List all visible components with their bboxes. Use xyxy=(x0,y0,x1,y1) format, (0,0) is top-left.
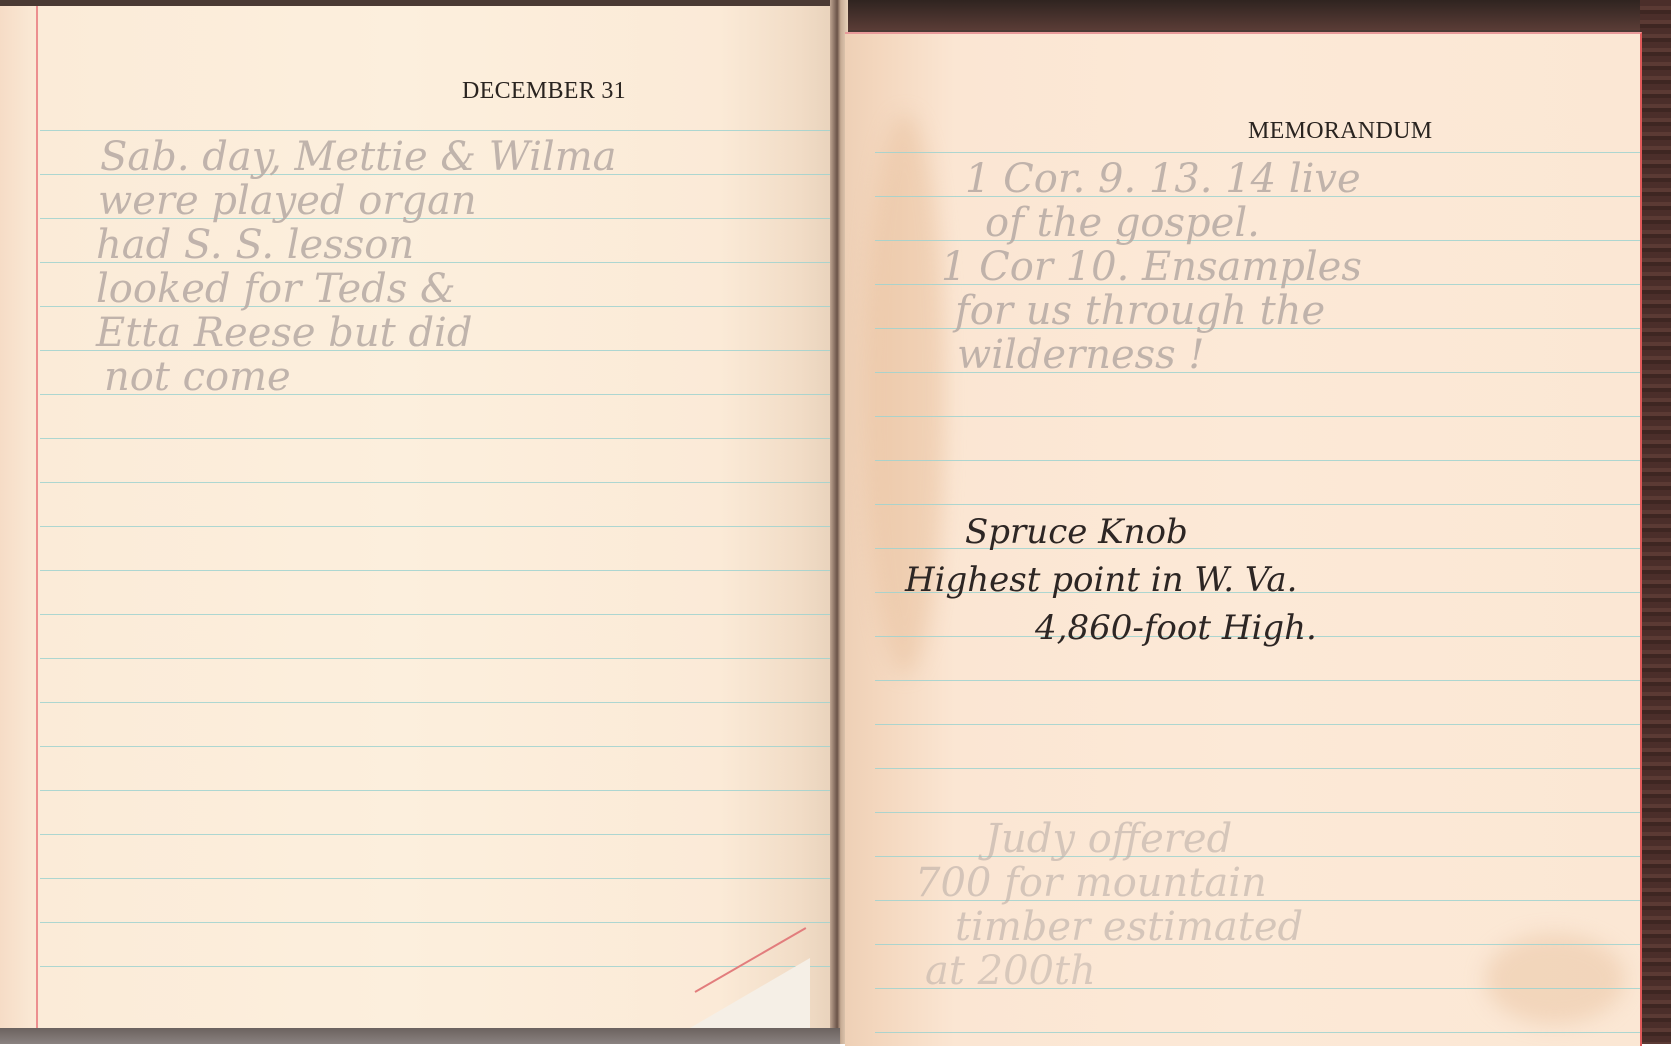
diary-scan: DECEMBER 31 Sab. day, Mettie & Wilma wer… xyxy=(0,0,1671,1044)
handwritten-line: not come xyxy=(104,354,291,400)
ruled-line xyxy=(40,834,835,835)
handwritten-ink-line: Highest point in W. Va. xyxy=(905,560,1297,600)
book-cover-bottom xyxy=(0,1028,840,1044)
handwritten-line: Judy offered xyxy=(985,816,1232,862)
handwritten-line: Sab. day, Mettie & Wilma xyxy=(100,134,617,180)
book-cover-edge xyxy=(1640,0,1671,1044)
ruled-line xyxy=(40,922,835,923)
ruled-line xyxy=(40,130,835,131)
handwritten-line: looked for Teds & xyxy=(96,266,456,312)
ruled-line xyxy=(40,526,835,527)
ruled-line xyxy=(875,416,1640,417)
ruled-line xyxy=(875,724,1640,725)
water-stain xyxy=(1485,934,1625,1024)
ruled-line xyxy=(875,680,1640,681)
ruled-line xyxy=(875,1032,1640,1033)
handwritten-line: at 200th xyxy=(925,948,1096,994)
right-page: MEMORANDUM 1 Cor. 9. 13. 14 live of the … xyxy=(845,32,1642,1046)
ruled-line xyxy=(40,702,835,703)
handwritten-line: had S. S. lesson xyxy=(96,222,414,268)
handwritten-line: were played organ xyxy=(98,178,477,224)
ruled-line xyxy=(40,878,835,879)
ruled-line xyxy=(40,746,835,747)
handwritten-line: of the gospel. xyxy=(985,200,1260,246)
ruled-line xyxy=(40,482,835,483)
handwritten-line: 1 Cor 10. Ensamples xyxy=(941,244,1362,290)
ruled-line xyxy=(875,812,1640,813)
handwritten-line: timber estimated xyxy=(955,904,1303,950)
ruled-line xyxy=(875,152,1640,153)
page-date-header: DECEMBER 31 xyxy=(462,78,626,105)
left-page: DECEMBER 31 Sab. day, Mettie & Wilma wer… xyxy=(0,6,835,1035)
ruled-line xyxy=(875,460,1640,461)
ruled-line xyxy=(40,438,835,439)
folded-page-corner xyxy=(690,958,810,1028)
handwritten-ink-line: 4,860-foot High. xyxy=(1035,608,1317,648)
ruled-line xyxy=(40,658,835,659)
ruled-line xyxy=(40,614,835,615)
ruled-line xyxy=(40,570,835,571)
handwritten-line: wilderness ! xyxy=(957,332,1205,378)
memorandum-header: MEMORANDUM xyxy=(1248,118,1432,145)
margin-line xyxy=(36,6,38,1032)
ruled-line xyxy=(875,504,1640,505)
handwritten-ink-line: Spruce Knob xyxy=(965,512,1188,552)
handwritten-line: Etta Reese but did xyxy=(96,310,472,356)
handwritten-line: 1 Cor. 9. 13. 14 live xyxy=(965,156,1361,202)
handwritten-line: for us through the xyxy=(955,288,1325,334)
book-cover-top xyxy=(840,0,1671,30)
handwritten-line: 700 for mountain xyxy=(915,860,1267,906)
ruled-line xyxy=(40,790,835,791)
ruled-line xyxy=(875,768,1640,769)
